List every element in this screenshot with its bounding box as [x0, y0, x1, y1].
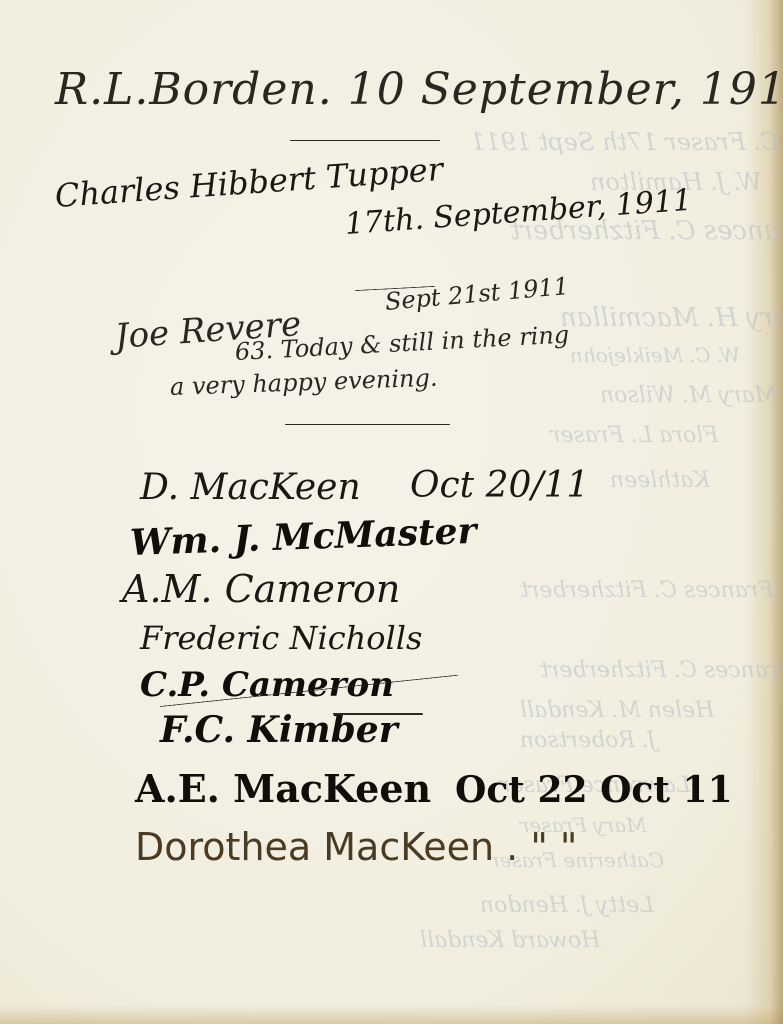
signature-flourish [333, 713, 423, 715]
signature-ae-mackeen: A.E. MacKeen [135, 770, 431, 808]
bleed-through-line: Helen M. Kendall [520, 700, 714, 722]
signature-kimber: F.C. Kimber [160, 712, 398, 748]
signature-d-mackeen: D. MacKeen [140, 470, 361, 506]
date-ae-mackeen: Oct 22 Oct 11 [455, 772, 733, 808]
bleed-through-line: Kathleen [610, 470, 710, 492]
bleed-through-line: W. C. Meiklejohn [570, 345, 740, 365]
bleed-through-line: Flora L. Fraser [550, 425, 719, 447]
guest-book-page: Miller C. Fraser 17th Sept 1911 W. J. Ha… [0, 0, 783, 1024]
date-revere: Sept 21st 1911 [384, 274, 570, 314]
underline-divider [285, 424, 450, 425]
signature-dorothea-mackeen: Dorothea MacKeen . " " [135, 828, 577, 866]
bleed-through-line: Mary H. Macmillan [560, 305, 783, 331]
signature-mcmaster: Wm. J. McMaster [129, 513, 477, 561]
bleed-through-line: Howard Kendall [420, 930, 600, 952]
bleed-through-line: Miller C. Fraser 17th Sept 1911 [470, 130, 783, 154]
bleed-through-line: Mary M. Wilson [600, 385, 777, 407]
bleed-through-line: Letty J. Hendon [480, 895, 654, 917]
bleed-through-line: Frances C. Fitzherbert [540, 660, 783, 682]
signature-am-cameron: A.M. Cameron [122, 570, 400, 608]
signature-borden: R.L.Borden. 10 September, 1911. [55, 68, 783, 112]
bleed-through-line: Frances C. Fitzherbert [520, 580, 774, 602]
signature-nicholls: Frederic Nicholls [140, 622, 422, 654]
bleed-through-line: J. Robertson [520, 730, 656, 752]
note-revere-line2: a very happy evening. [170, 366, 438, 399]
underline-divider [290, 140, 440, 141]
date-d-mackeen: Oct 20/11 [410, 468, 589, 504]
